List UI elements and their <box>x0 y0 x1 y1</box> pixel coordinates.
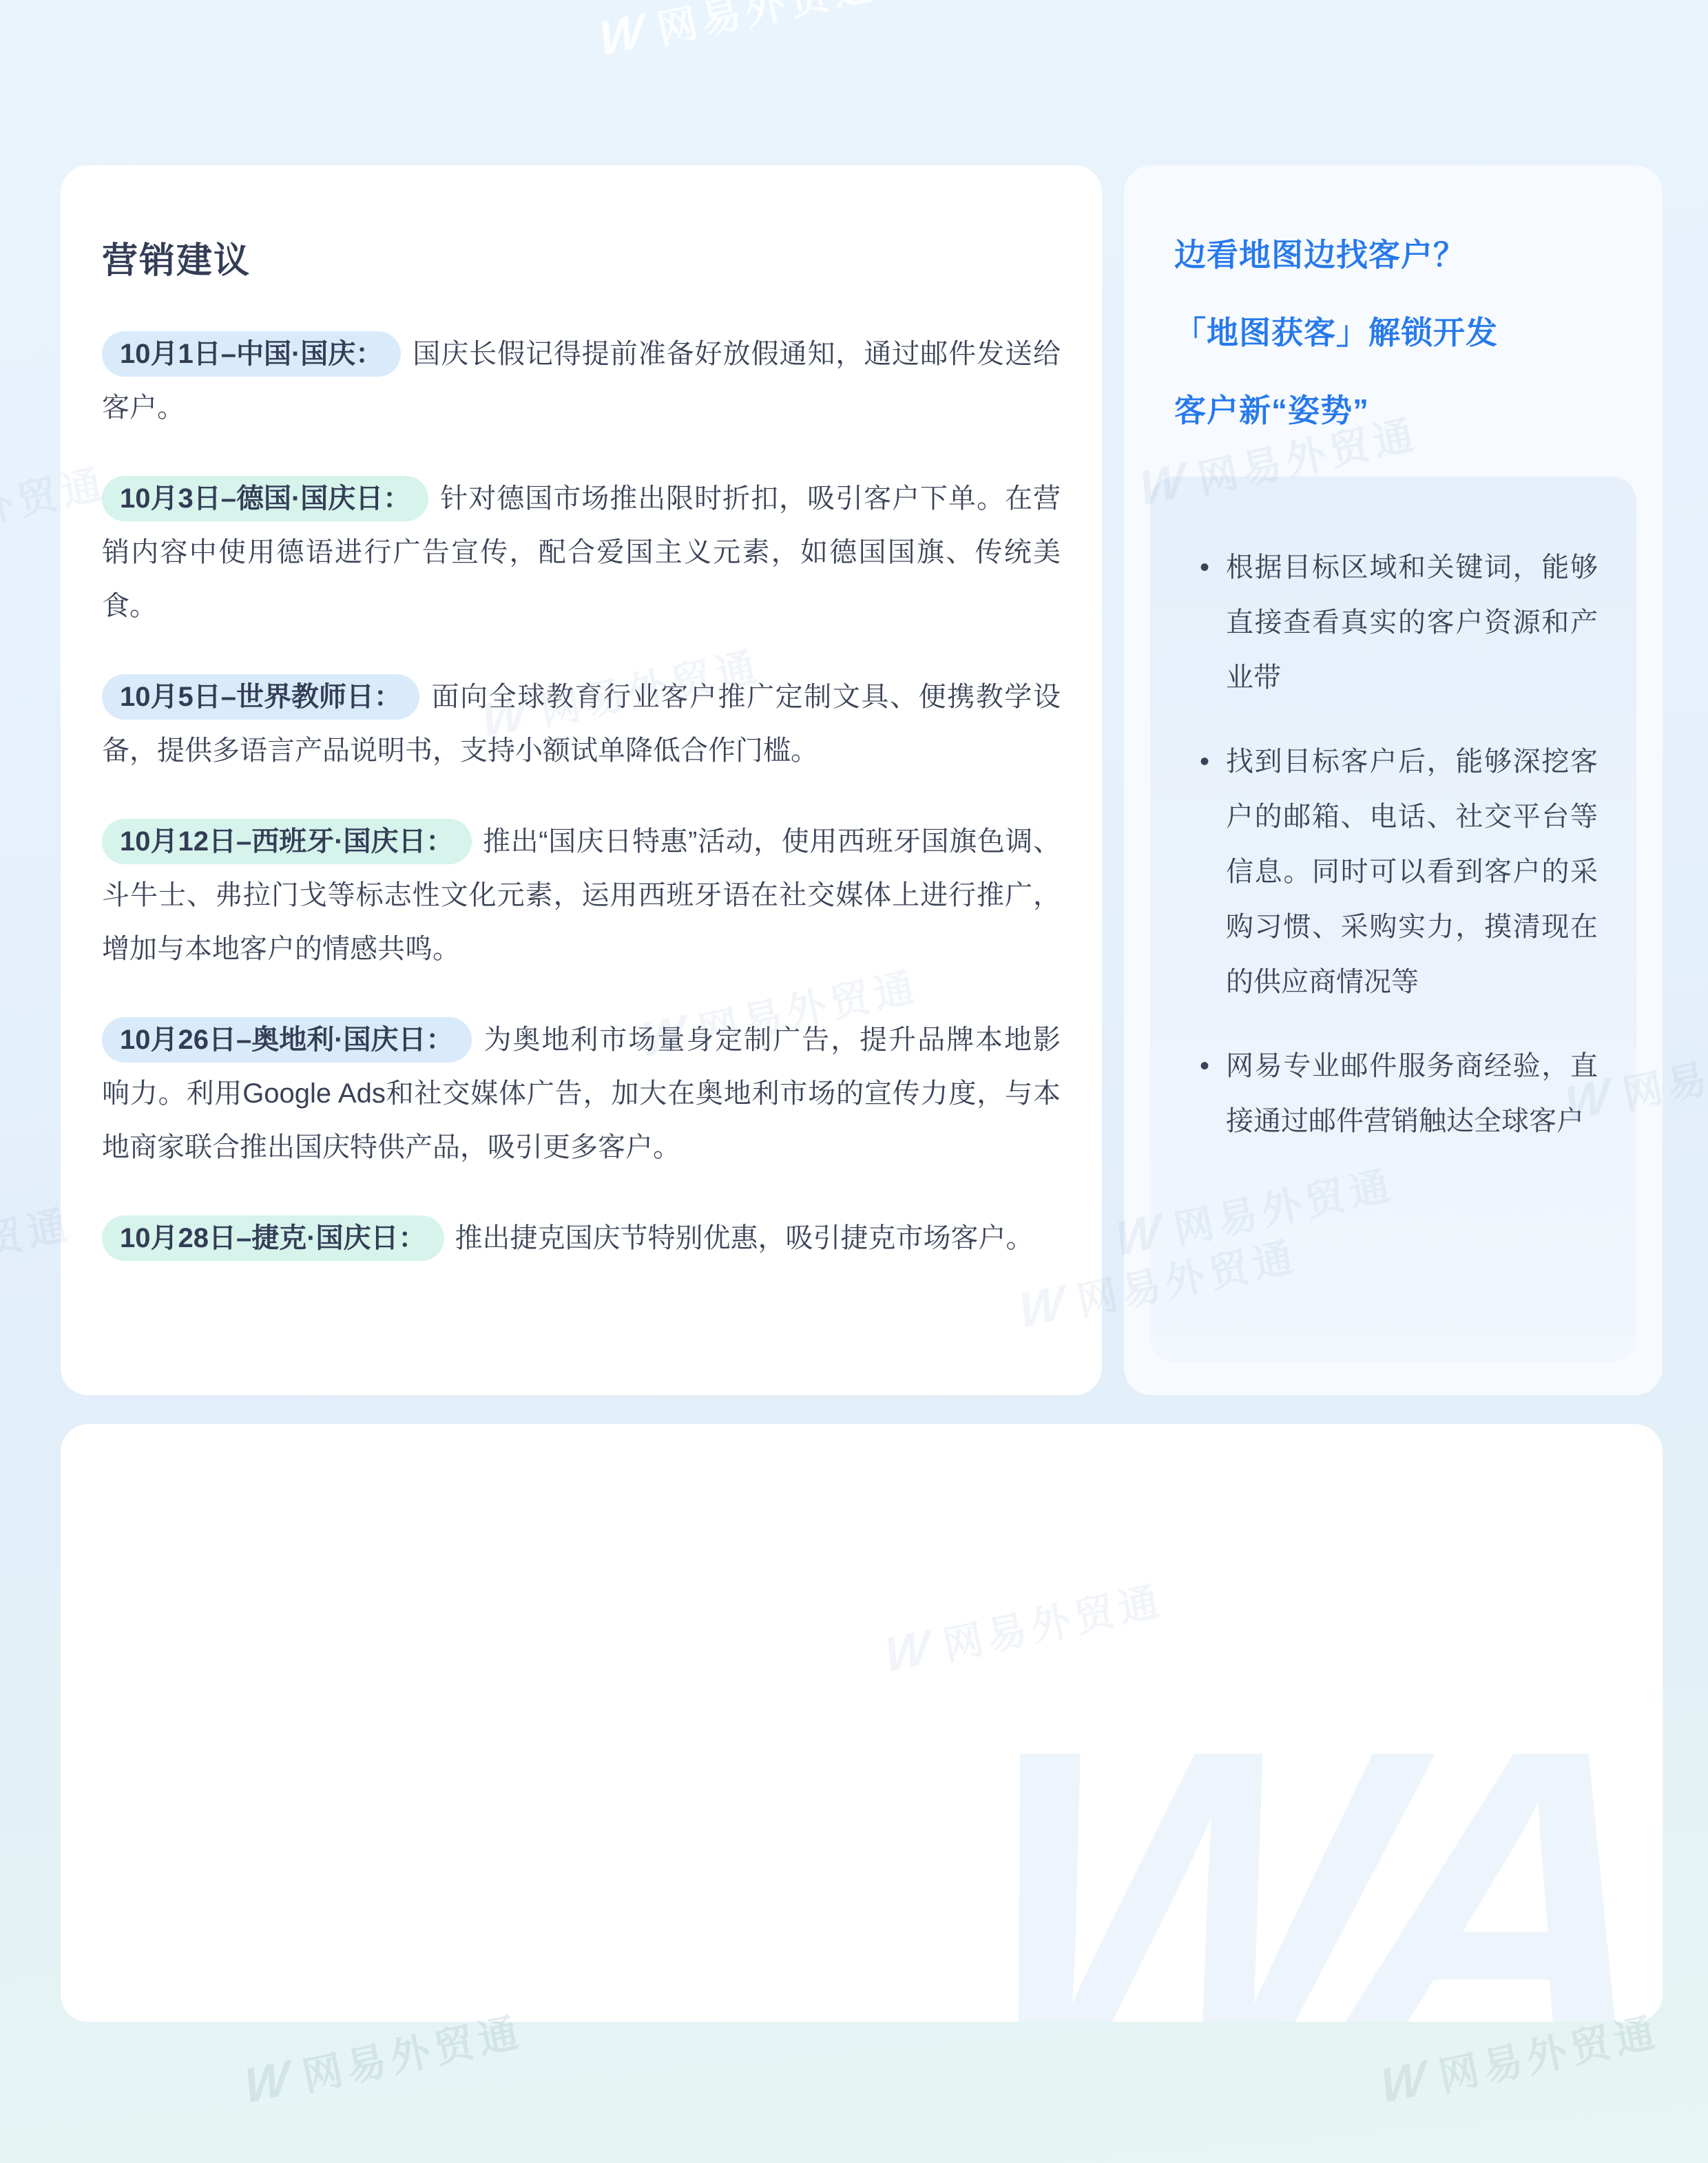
feature-bullet: •找到目标客户后，能够深挖客户的邮箱、电话、社交平台等信息。同时可以看到客户的采… <box>1200 734 1598 1010</box>
feature-bullet-list: •根据目标区域和关键词，能够直接查看真实的客户资源和产业带•找到目标客户后，能够… <box>1200 540 1598 1149</box>
brand-logo-w-icon: W <box>244 2049 290 2115</box>
marketing-suggestions-title: 营销建议 <box>102 231 1061 283</box>
page: { "brand": { "name": "网易外贸通", "logo_lett… <box>0 0 1708 2163</box>
date-tag: 10月3日–德国·国庆日： <box>102 476 428 521</box>
marketing-item: 10月28日–捷克·国庆日：推出捷克国庆节特别优惠，吸引捷克市场客户。 <box>102 1211 1061 1265</box>
marketing-items-list: 10月1日–中国·国庆：国庆长假记得提前准备好放假通知，通过邮件发送给客户。10… <box>102 327 1061 1265</box>
brand-monogram-watermark: WA <box>962 1684 1651 2022</box>
brand-watermark-text: 网易外贸通 <box>651 0 882 55</box>
marketing-item: 10月3日–德国·国庆日：针对德国市场推出限时折扣，吸引客户下单。在营销内容中使… <box>102 472 1061 633</box>
date-tag: 10月28日–捷克·国庆日： <box>102 1215 444 1261</box>
date-tag: 10月5日–世界教师日： <box>102 674 419 720</box>
date-tag: 10月1日–中国·国庆： <box>102 331 401 377</box>
item-text: 推出捷克国庆节特别优惠，吸引捷克市场客户。 <box>455 1223 1034 1253</box>
feature-bullet: •网易专业邮件服务商经验，直接通过邮件营销触达全球客户 <box>1200 1038 1598 1149</box>
bullet-text: 找到目标客户后，能够深挖客户的邮箱、电话、社交平台等信息。同时可以看到客户的采购… <box>1226 734 1598 1010</box>
bottom-empty-card: WA <box>61 1424 1663 2022</box>
brand-watermark: W网易外贸通 <box>593 0 882 67</box>
map-promo-card: 边看地图边找客户？ 「地图获客」解锁开发 客户新“姿势” •根据目标区域和关键词… <box>1124 165 1663 1395</box>
promo-title-line-3: 客户新“姿势” <box>1174 372 1634 450</box>
promo-title-line-2: 「地图获客」解锁开发 <box>1174 294 1634 372</box>
promo-title-line-1: 边看地图边找客户？ <box>1174 216 1634 294</box>
marketing-suggestions-card: 营销建议 10月1日–中国·国庆：国庆长假记得提前准备好放假通知，通过邮件发送给… <box>61 165 1102 1395</box>
feature-bullet: •根据目标区域和关键词，能够直接查看真实的客户资源和产业带 <box>1200 540 1598 705</box>
date-tag: 10月26日–奥地利·国庆日： <box>102 1017 472 1063</box>
brand-logo-w-icon: W <box>1380 2049 1426 2115</box>
date-tag: 10月12日–西班牙·国庆日： <box>102 819 472 864</box>
bullet-dot: • <box>1200 734 1209 1010</box>
brand-logo-w-icon: W <box>598 2 645 67</box>
marketing-item: 10月5日–世界教师日：面向全球教育行业客户推广定制文具、便携教学设备，提供多语… <box>102 670 1061 777</box>
marketing-item: 10月12日–西班牙·国庆日：推出“国庆日特惠”活动，使用西班牙国旗色调、斗牛士… <box>102 815 1061 976</box>
marketing-item: 10月1日–中国·国庆：国庆长假记得提前准备好放假通知，通过邮件发送给客户。 <box>102 327 1061 435</box>
bullet-text: 网易专业邮件服务商经验，直接通过邮件营销触达全球客户 <box>1226 1038 1598 1149</box>
promo-title: 边看地图边找客户？ 「地图获客」解锁开发 客户新“姿势” <box>1174 216 1634 450</box>
marketing-item: 10月26日–奥地利·国庆日：为奥地利市场量身定制广告，提升品牌本地影响力。利用… <box>102 1013 1061 1174</box>
bullet-text: 根据目标区域和关键词，能够直接查看真实的客户资源和产业带 <box>1226 540 1598 705</box>
bullet-dot: • <box>1200 540 1209 705</box>
bullet-dot: • <box>1200 1038 1209 1149</box>
promo-feature-panel: •根据目标区域和关键词，能够直接查看真实的客户资源和产业带•找到目标客户后，能够… <box>1150 477 1636 1362</box>
